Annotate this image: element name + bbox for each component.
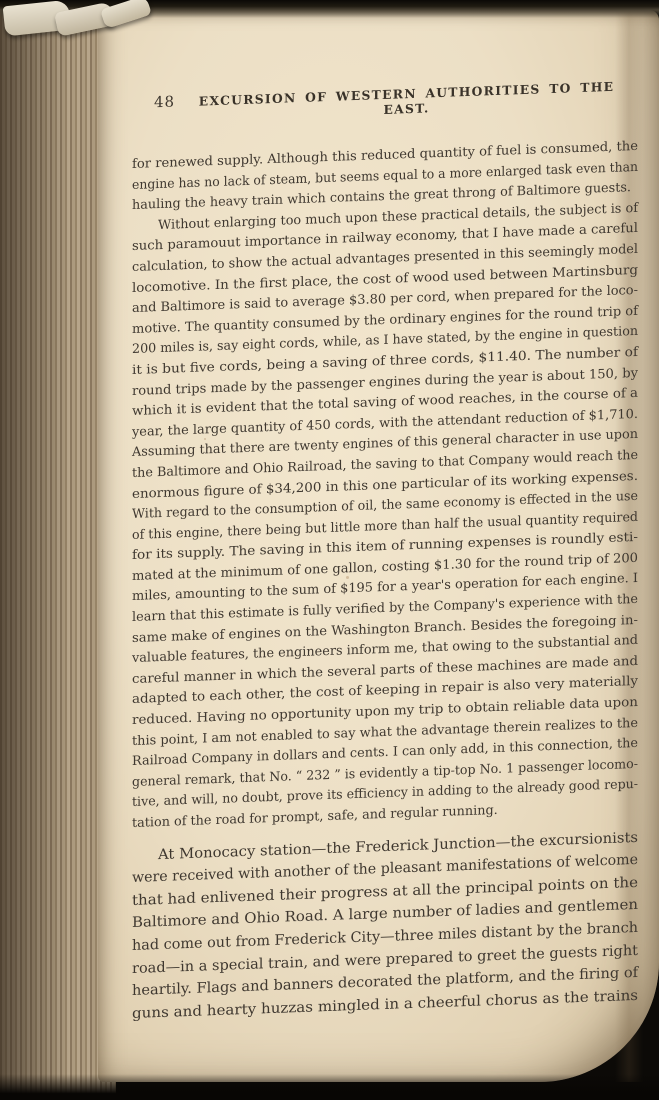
- paragraph: At Monocacy station—the Frederick Juncti…: [132, 826, 638, 1025]
- running-header: 48 EXCURSION OF WESTERN AUTHORITIES TO T…: [132, 76, 638, 126]
- scan-bottom-shadow: [0, 1074, 659, 1100]
- book-page-scan: { "page": { "page_number": "48", "runnin…: [0, 0, 659, 1100]
- page-number: 48: [154, 92, 175, 111]
- header-title: EXCURSION OF WESTERN AUTHORITIES TO THE …: [175, 78, 638, 125]
- body-text: for renewed supply. Although this reduce…: [132, 137, 638, 1025]
- page-text: 48 EXCURSION OF WESTERN AUTHORITIES TO T…: [132, 76, 638, 1025]
- page: 48 EXCURSION OF WESTERN AUTHORITIES TO T…: [98, 10, 659, 1082]
- paragraph: Without enlarging too much upon these pr…: [132, 199, 638, 835]
